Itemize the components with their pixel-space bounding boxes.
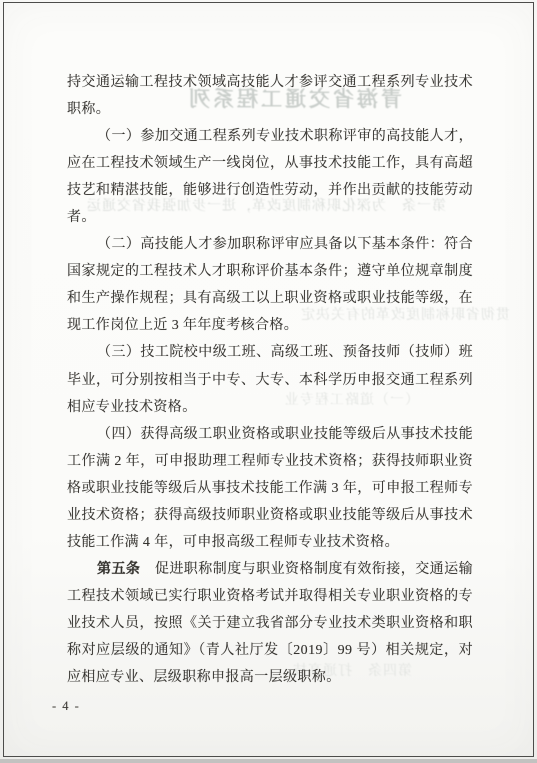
text-line: 第五条 促进职称制度与职业资格制度有效衔接，交通运输 [67,556,473,583]
text-line: 和生产操作规程；具有高级工以上职业资格或职业技能等级，在 [67,285,473,312]
text-line: 技能工作满 4 年，可申报高级工程师专业技术资格。 [67,529,473,556]
text-line: 称对应层级的通知》（青人社厅发〔2019〕99 号）相关规定，对 [67,637,473,664]
text-line: （四）获得高级工职业资格或职业技能等级后从事技术技能 [67,421,473,448]
text-line: 职称。 [67,96,473,123]
text-line: （二）高技能人才参加职称评审应具备以下基本条件：符合 [67,231,473,258]
text-line: （三）技工院校中级工班、高级工班、预备技师（技师）班 [67,339,473,366]
text-line: 毕业，可分别按相当于中专、大专、本科学历申报交通工程系列 [67,367,473,394]
text-line: 业技术资格；获得高级技师职业资格或职业技能等级后从事技术 [67,502,473,529]
text-line: 工程技术领域已实行职业资格考试并取得相关专业职业资格的专 [67,583,473,610]
text-line: 现工作岗位上近 3 年年度考核合格。 [67,312,473,339]
text-line: 者。 [67,204,473,231]
document-body: 持交通运输工程技术领域高技能人才参评交通工程系列专业技术职称。（一）参加交通工程… [67,69,473,691]
text-line: 技艺和精湛技能，能够进行创造性劳动，并作出贡献的技能劳动 [67,177,473,204]
text-line: 业技术人员，按照《关于建立我省部分专业技术类职业资格和职 [67,610,473,637]
text-line: （一）参加交通工程系列专业技术职称评审的高技能人才， [67,123,473,150]
text-line: 应在工程技术领域生产一线岗位，从事技术技能工作，具有高超 [67,150,473,177]
text-line: 应相应专业、层级职称申报高一层级职称。 [67,664,473,691]
page-number: - 4 - [52,699,80,714]
text-line: 工作满 2 年，可申报助理工程师专业技术资格；获得技师职业资 [67,448,473,475]
text-line: 持交通运输工程技术领域高技能人才参评交通工程系列专业技术 [67,69,473,96]
scanned-page: 青海省交通工程系列第一条 为深化职称制度改革，进一步加强我省交通运贯彻省职称制度… [0,0,537,763]
scanner-edge [0,759,537,763]
text-line: 格或职业技能等级后从事技术技能工作满 3 年，可申报工程师专 [67,475,473,502]
text-line: 国家规定的工程技术人才职称评价基本条件；遵守单位规章制度 [67,258,473,285]
text-line: 相应专业技术资格。 [67,394,473,421]
